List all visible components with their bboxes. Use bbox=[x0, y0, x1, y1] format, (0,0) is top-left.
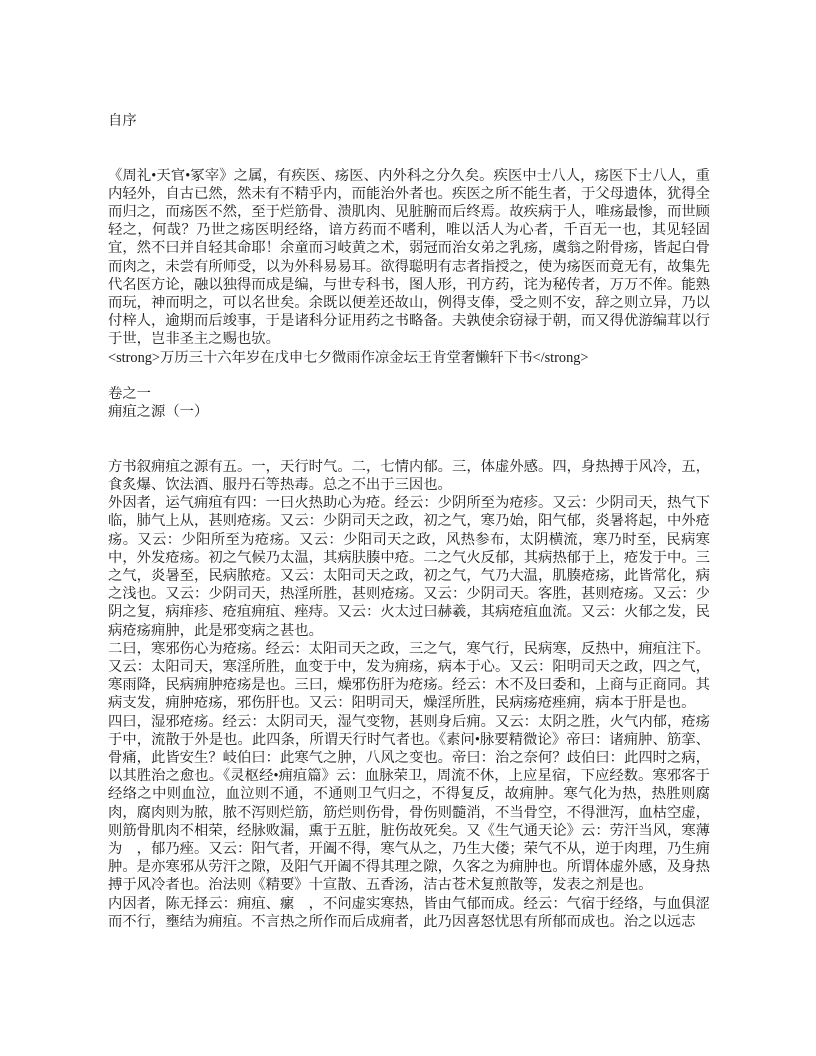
section-title: 痈疽之源（一） bbox=[108, 403, 710, 421]
preface-body: 《周礼•天官•冢宰》之属，有疾医、疡医、内外科之分久矣。疾医中士八人，疡医下士八… bbox=[108, 167, 710, 349]
preface-title: 自序 bbox=[108, 112, 710, 130]
text-content: 自序 《周礼•天官•冢宰》之属，有疾医、疡医、内外科之分久矣。疾医中士八人，疡医… bbox=[108, 112, 710, 931]
body-paragraph-damp-evil: 四曰，湿邪疮疡。经云：太阴司天，湿气变物，甚则身后痈。又云：太阴之胜，火气内郁，… bbox=[108, 713, 710, 895]
document-page: 自序 《周礼•天官•冢宰》之属，有疾医、疡医、内外科之分久矣。疾医中士八人，疡医… bbox=[0, 0, 816, 1056]
body-paragraph-cold-evil: 二曰，寒邪伤心为疮疡。经云：太阳司天之政，三之气，寒气行，民病寒，反热中，痈疽注… bbox=[108, 640, 710, 713]
body-paragraph-sources: 方书叙痈疽之源有五。一，天行时气。二，七情内郁。三，体虚外感。四，身热搏于风冷，… bbox=[108, 458, 710, 494]
volume-title: 卷之一 bbox=[108, 385, 710, 403]
preface-colophon: <strong>万历三十六年岁在戊申七夕微雨作凉金坛王肯堂奢懒轩下书</stro… bbox=[108, 349, 710, 367]
body-paragraph-external-causes: 外因者，运气痈疽有四：一曰火热助心为疮。经云：少阴所至为疮疹。又云：少阴司天，热… bbox=[108, 494, 710, 640]
body-paragraph-internal-causes: 内因者，陈无择云：痈疽、瘰 ，不问虚实寒热，皆由气郁而成。经云：气宿于经络，与血… bbox=[108, 895, 710, 931]
